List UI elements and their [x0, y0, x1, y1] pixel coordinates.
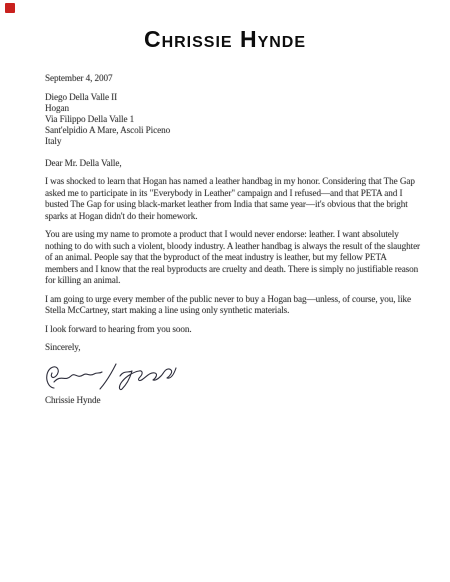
address-line: Italy: [45, 136, 421, 147]
letterhead-title: Chrissie Hynde: [0, 0, 450, 53]
red-marker-icon: [5, 3, 15, 13]
body-paragraph: I am going to urge every member of the p…: [45, 294, 421, 317]
letter-page: Chrissie Hynde September 4, 2007 Diego D…: [0, 0, 450, 582]
pre-closing-line: I look forward to hearing from you soon.: [45, 324, 421, 336]
signer-name: Chrissie Hynde: [45, 395, 421, 407]
address-line: Sant'elpidio A Mare, Ascoli Piceno: [45, 125, 421, 136]
recipient-address: Diego Della Valle II Hogan Via Filippo D…: [45, 92, 421, 147]
address-line: Via Filippo Della Valle 1: [45, 114, 421, 125]
letter-body: September 4, 2007 Diego Della Valle II H…: [45, 73, 421, 406]
body-paragraph: You are using my name to promote a produ…: [45, 229, 421, 287]
address-line: Hogan: [45, 103, 421, 114]
signature-image: [42, 361, 177, 395]
address-line: Diego Della Valle II: [45, 92, 421, 103]
salutation: Dear Mr. Della Valle,: [45, 158, 421, 170]
date-line: September 4, 2007: [45, 73, 421, 85]
body-paragraph: I was shocked to learn that Hogan has na…: [45, 176, 421, 222]
closing-line: Sincerely,: [45, 342, 421, 354]
